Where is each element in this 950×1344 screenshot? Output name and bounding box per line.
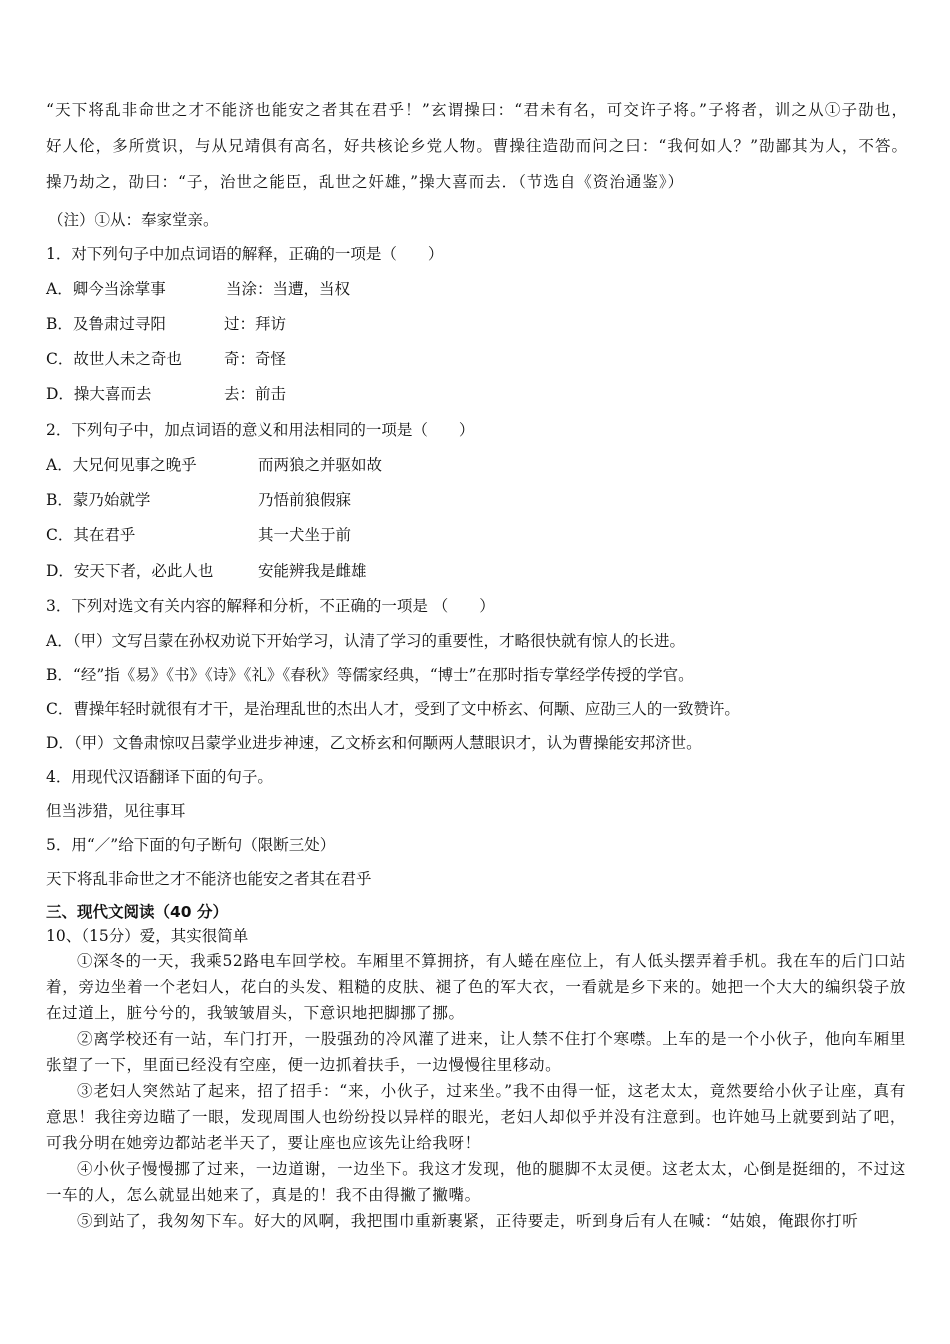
option-label: A．卿今当涂掌事 <box>46 279 166 299</box>
reading-paragraph-3: ③老妇人突然站了起来，招了招手：“来，小伙子，过来坐。”我不由得一怔，这老太太，… <box>46 1078 906 1156</box>
option-answer: 乃悟前狼假寐 <box>258 490 351 510</box>
option-answer: 其一犬坐于前 <box>258 525 351 545</box>
option-answer: 过：拜访 <box>224 314 286 334</box>
question-3-option-b[interactable]: B．“经”指《易》《书》《诗》《礼》《春秋》等儒家经典，“博士”在那时指专掌经学… <box>46 665 694 685</box>
question-4-sentence: 但当涉猎，见往事耳 <box>46 801 186 821</box>
reading-paragraph-1: ①深冬的一天，我乘52路电车回学校。车厢里不算拥挤，有人蜷在座位上，有人低头摆弄… <box>46 948 906 1026</box>
option-answer: 当涂：当遭，当权 <box>226 279 350 299</box>
option-answer: 去：前击 <box>224 384 286 404</box>
option-answer: 而两狼之并驱如故 <box>258 455 382 475</box>
reading-paragraph-2: ②离学校还有一站，车门打开，一股强劲的冷风灌了进来，让人禁不住打个寒噤。上车的是… <box>46 1026 906 1078</box>
question-1-stem: 1．对下列句子中加点词语的解释，正确的一项是（ ） <box>46 244 443 264</box>
option-answer: 安能辨我是雌雄 <box>258 561 367 581</box>
option-label: B．及鲁肃过寻阳 <box>46 314 166 334</box>
option-label: D．操大喜而去 <box>46 384 151 404</box>
reading-paragraph-4: ④小伙子慢慢挪了过来，一边道谢，一边坐下。我这才发现，他的腿脚不太灵便。这老太太… <box>46 1156 906 1208</box>
option-label: A．大兄何见事之晚乎 <box>46 455 197 475</box>
option-answer: 奇：奇怪 <box>224 349 286 369</box>
section-3-heading: 三、现代文阅读（40 分） <box>46 902 228 922</box>
document-page: “天下将乱非命世之才不能济也能安之者其在君乎！”玄谓操曰：“君未有名，可交许子将… <box>0 0 950 1344</box>
option-label: B．蒙乃始就学 <box>46 490 150 510</box>
question-5-stem: 5．用“／”给下面的句子断句（限断三处） <box>46 835 335 855</box>
option-label: D．安天下者，必此人也 <box>46 561 213 581</box>
question-4-stem: 4．用现代汉语翻译下面的句子。 <box>46 767 273 787</box>
reading-paragraph-5: ⑤到站了，我匆匆下车。好大的风啊，我把围巾重新裹紧，正待要走，听到身后有人在喊：… <box>46 1208 906 1234</box>
question-2-stem: 2．下列句子中，加点词语的意义和用法相同的一项是（ ） <box>46 420 474 440</box>
question-10-title: 10、（15分）爱，其实很简单 <box>46 926 248 946</box>
passage-note: （注）①从：奉家堂亲。 <box>48 210 219 230</box>
option-label: C．故世人未之奇也 <box>46 349 182 369</box>
question-3-stem: 3．下列对选文有关内容的解释和分析，不正确的一项是 （ ） <box>46 596 495 616</box>
option-label: C．其在君乎 <box>46 525 135 545</box>
question-3-option-a[interactable]: A．（甲）文写吕蒙在孙权劝说下开始学习，认清了学习的重要性，才略很快就有惊人的长… <box>46 631 685 651</box>
question-3-option-d[interactable]: D．（甲）文鲁肃惊叹吕蒙学业进步神速，乙文桥玄和何颙两人慧眼识才，认为曹操能安邦… <box>46 733 702 753</box>
classical-passage: “天下将乱非命世之才不能济也能安之者其在君乎！”玄谓操曰：“君未有名，可交许子将… <box>46 92 908 200</box>
question-3-option-c[interactable]: C．曹操年轻时就很有才干，是治理乱世的杰出人才，受到了文中桥玄、何颙、应劭三人的… <box>46 699 740 719</box>
question-5-sentence: 天下将乱非命世之才不能济也能安之者其在君乎 <box>46 869 372 889</box>
